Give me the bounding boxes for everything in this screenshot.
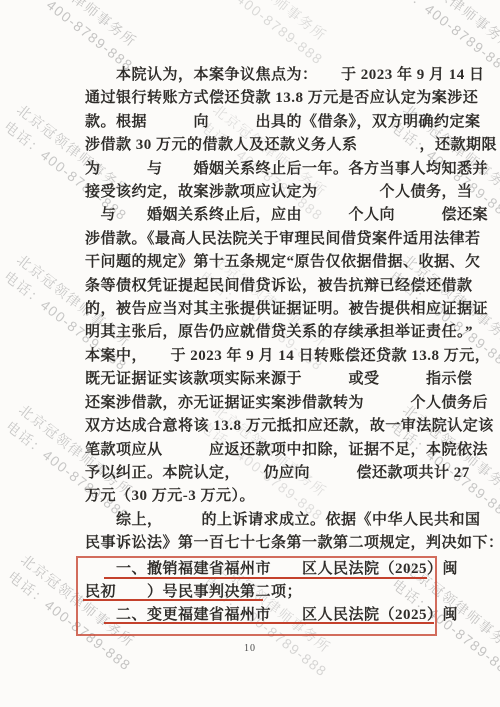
document-line: 的，被告应当对其主张提供证据证明。被告提供相应证据证 [85, 298, 435, 321]
judgment-body-text: 本院认为，本案争议焦点为： 于 2023 年 9 月 14 日 通过银行转账方式… [85, 64, 435, 556]
document-line: 通过银行转账方式偿还贷款 13.8 万元是否应认定为案涉还 [85, 87, 435, 110]
document-line: 双方达成合意将该 13.8 万元抵扣应还款，故一审法院认定该 [85, 415, 435, 438]
watermark-phone: 电话：400-8789-888 [195, 0, 327, 70]
document-line: 既无证据证实该款项实际来源于 或受 指示偿 [85, 368, 435, 391]
document-line: 款。根据 向 出具的《借条》，双方明确约定案 [85, 111, 435, 134]
document-line: 接受该约定，故案涉款项应认定为 个人债务，当 [85, 181, 435, 204]
watermark-firm-name: 北京冠领律师事务所 [396, 0, 500, 64]
document-line: 综上， 的上诉请求成立。依据《中华人民共和国 [85, 509, 435, 532]
document-line: 本院认为，本案争议焦点为： 于 2023 年 9 月 14 日 [85, 64, 435, 87]
document-line: 笔款项应从 应返还款项中扣除，证据不足，本院依法 [85, 439, 435, 462]
red-underline [104, 622, 434, 624]
document-line: 明其主张后，原告仍应就借贷关系的存续承担举证责任。” [85, 321, 435, 344]
document-line: 万元（30 万元-3 万元）。 [85, 485, 435, 508]
red-underline [104, 577, 427, 579]
law-firm-watermark: 北京冠领律师事务所电话：400-8789-888 [195, 0, 340, 70]
document-line: 为 与 婚姻关系终止后一年。各方当事人均知悉并 [85, 158, 435, 181]
document-line: 与 婚姻关系终止后，应由 个人向 偿还案 [85, 204, 435, 227]
page-number: 10 [0, 643, 500, 654]
document-line: 予以纠正。本院认定， 仍应向 偿还款项共计 27 [85, 462, 435, 485]
watermark-firm-name: 北京冠领律师事务所 [18, 0, 150, 60]
document-line: 本案中， 于 2023 年 9 月 14 日转账偿还贷款 13.8 万元， [85, 345, 435, 368]
red-underline [83, 599, 263, 601]
document-line: 还案涉借款，亦无证据证实案涉借款转为 个人债务后 [85, 392, 435, 415]
watermark-firm-name: 北京冠领律师事务所 [208, 0, 340, 54]
court-judgment-page: 北京冠领律师事务所电话：400-8789-888北京冠领律师事务所电话：400-… [0, 0, 500, 707]
document-line: 干问题的规定》第十五条规定“原告仅依据借据、收据、欠 [85, 251, 435, 274]
document-line: 涉借款 30 万元的借款人及还款义务人系 ，还款期限 [85, 134, 435, 157]
document-line: 涉借款。《最高人民法院关于审理民间借贷案件适用法律若 [85, 228, 435, 251]
document-line: 民事诉讼法》第一百七十七条第一款第二项规定，判决如下： [85, 532, 435, 555]
document-line: 条等债权凭证提起民间借贷诉讼，被告抗辩已经偿还借款 [85, 275, 435, 298]
